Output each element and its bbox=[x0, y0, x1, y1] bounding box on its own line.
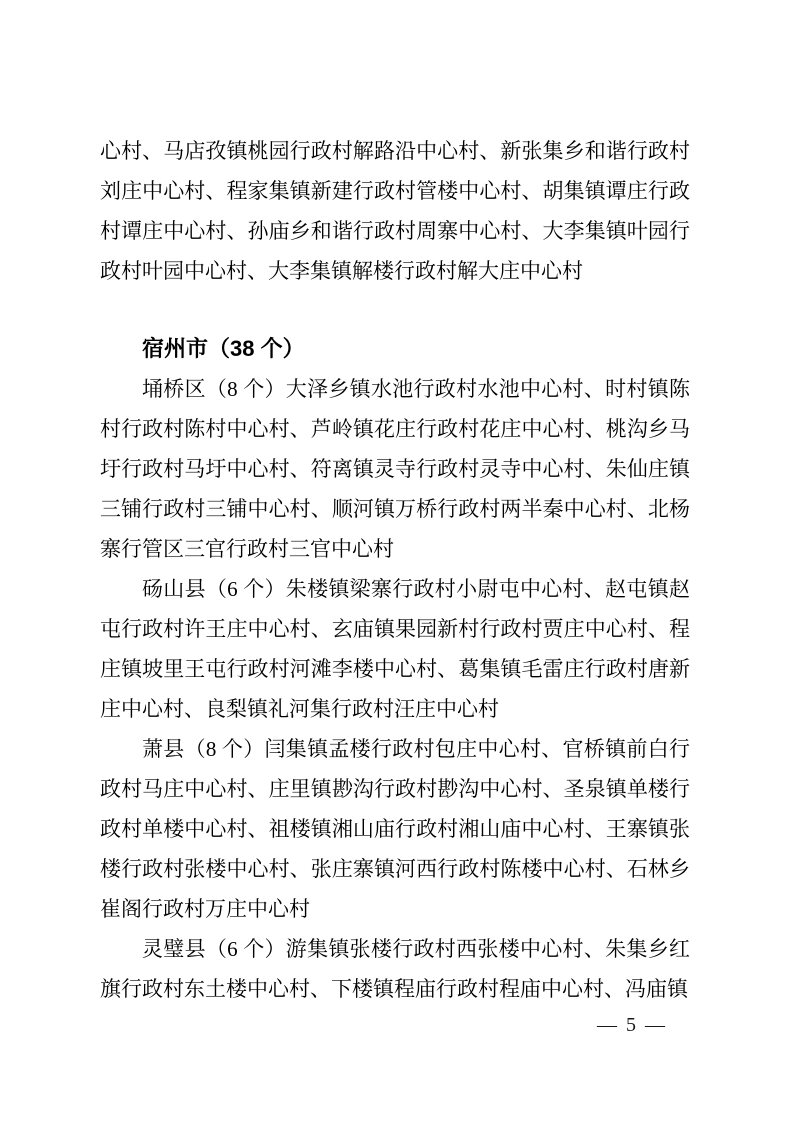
page-body: 心村、马店孜镇桃园行政村解路沿中心村、新张集乡和谐行政村刘庄中心村、程家集镇新建… bbox=[100, 131, 690, 1009]
page-number: — 5 — bbox=[597, 1012, 667, 1038]
continuation-paragraph: 心村、马店孜镇桃园行政村解路沿中心村、新张集乡和谐行政村刘庄中心村、程家集镇新建… bbox=[100, 131, 690, 291]
document-page: 心村、马店孜镇桃园行政村解路沿中心村、新张集乡和谐行政村刘庄中心村、程家集镇新建… bbox=[0, 0, 793, 1122]
paragraph-yongqiao-district: 埇桥区（8 个）大泽乡镇水池行政村水池中心村、时村镇陈村行政村陈村中心村、芦岭镇… bbox=[100, 369, 690, 569]
paragraph-dangshan-county: 砀山县（6 个）朱楼镇梁寨行政村小尉屯中心村、赵屯镇赵屯行政村许王庄中心村、玄庙… bbox=[100, 569, 690, 729]
paragraph-lingbi-county: 灵璧县（6 个）游集镇张楼行政村西张楼中心村、朱集乡红旗行政村东土楼中心村、下楼… bbox=[100, 929, 690, 1009]
paragraph-xiao-county: 萧县（8 个）闫集镇孟楼行政村包庄中心村、官桥镇前白行政村马庄中心村、庄里镇尠沟… bbox=[100, 729, 690, 929]
section-heading-suzhou-city: 宿州市（38 个） bbox=[100, 329, 690, 369]
